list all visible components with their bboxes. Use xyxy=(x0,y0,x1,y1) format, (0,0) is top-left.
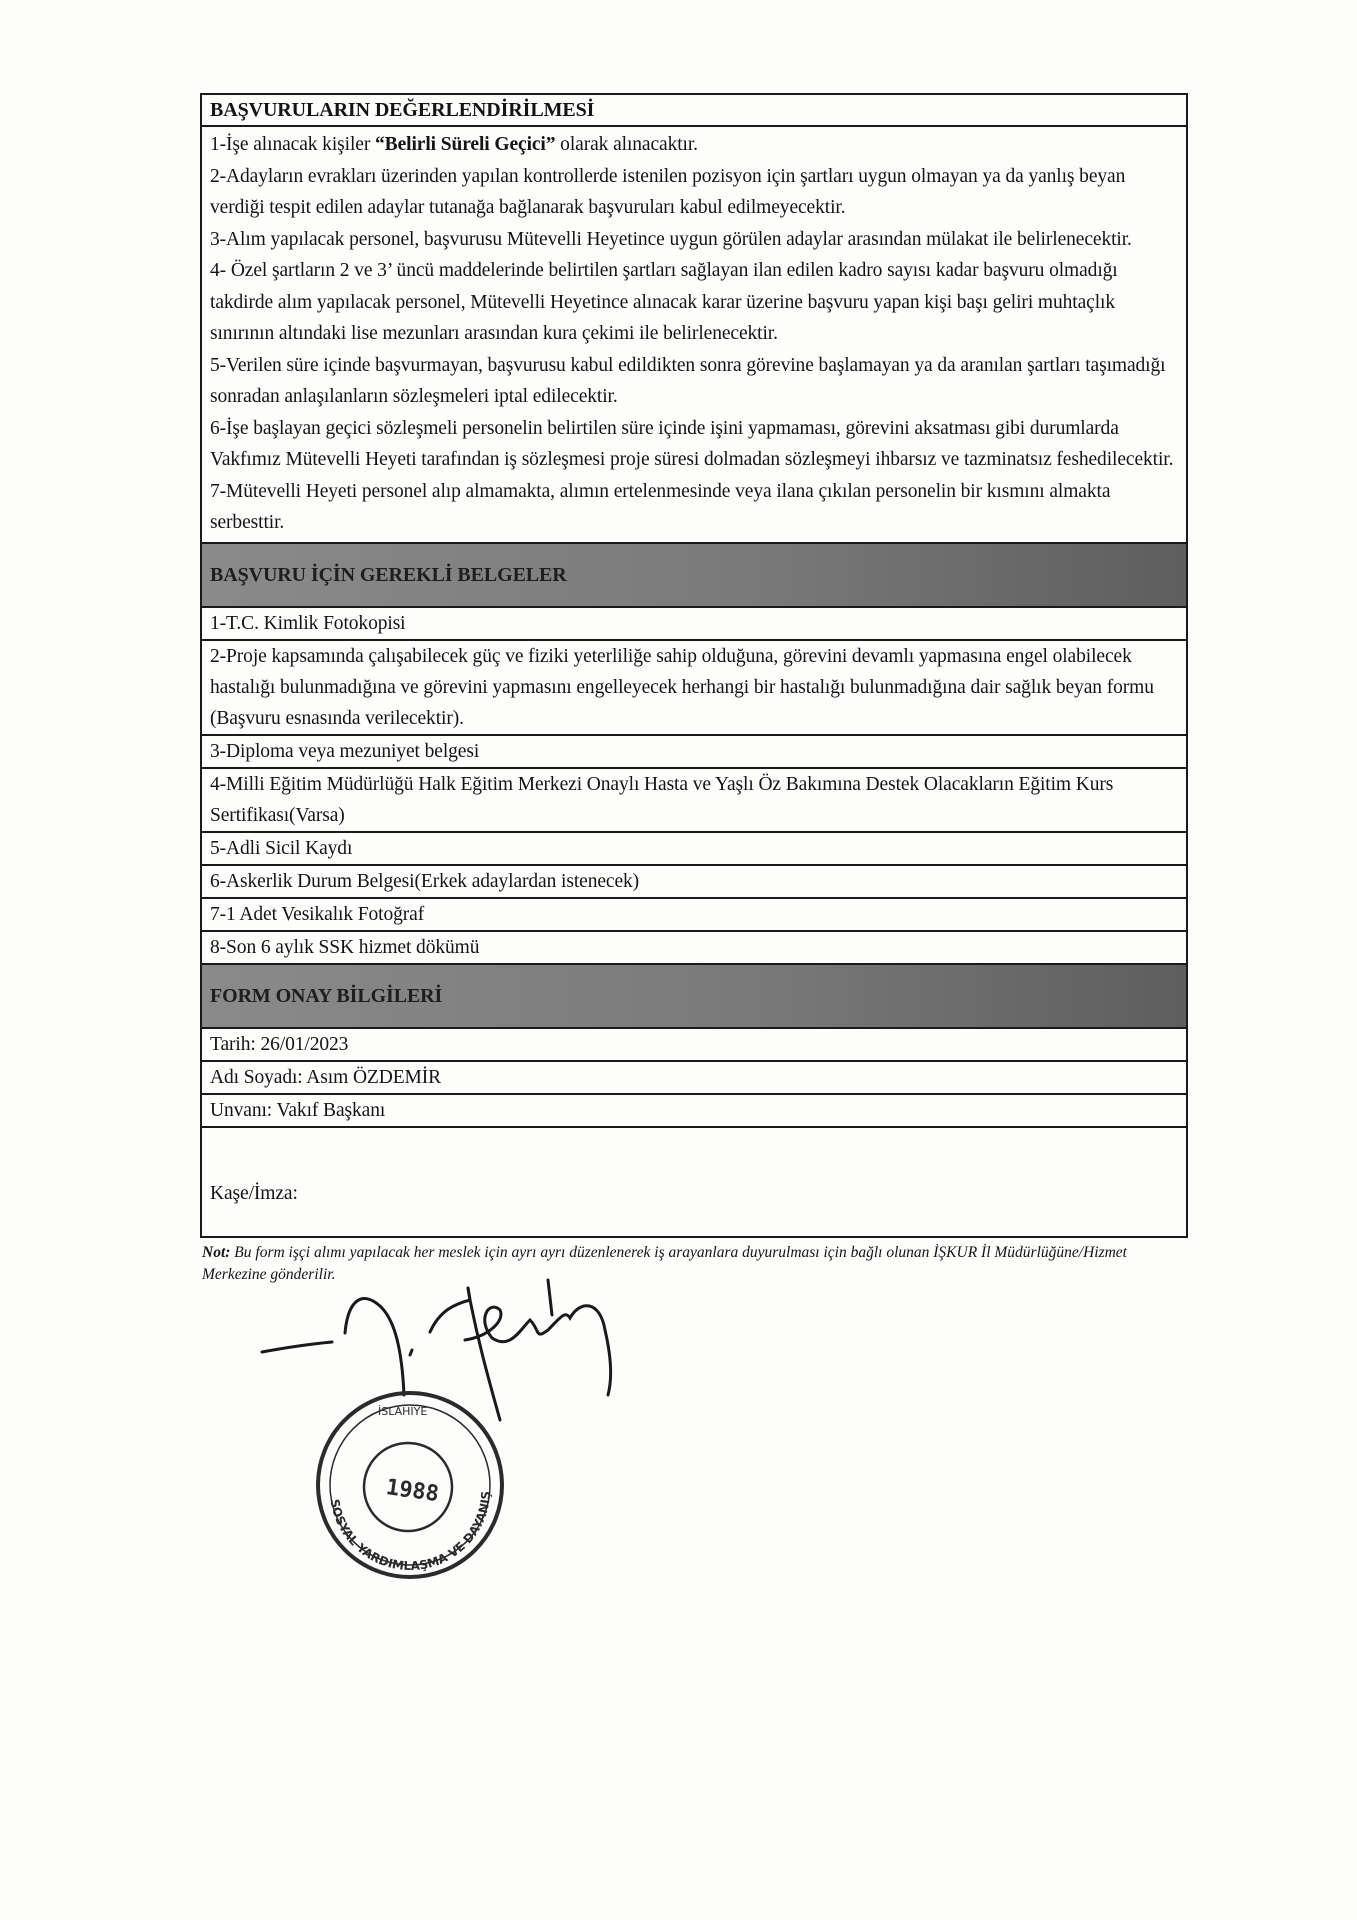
approver-title: Unvanı: Vakıf Başkanı xyxy=(202,1095,1186,1128)
approval-date: Tarih: 26/01/2023 xyxy=(202,1029,1186,1062)
evaluation-item: 2-Adayların evrakları üzerinden yapılan … xyxy=(210,161,1178,224)
handwritten-signature-icon xyxy=(262,1280,611,1420)
document-item: 6-Askerlik Durum Belgesi(Erkek adaylarda… xyxy=(202,866,1186,899)
evaluation-item-text: 1-İşe alınacak kişiler xyxy=(210,134,375,155)
document-item: 7-1 Adet Vesikalık Fotoğraf xyxy=(202,899,1186,932)
evaluation-item: 5-Verilen süre içinde başvurmayan, başvu… xyxy=(210,350,1178,413)
footnote: Not: Bu form işçi alımı yapılacak her me… xyxy=(200,1242,1188,1286)
documents-section-title: BAŞVURU İÇİN GEREKLİ BELGELER xyxy=(202,544,1186,608)
evaluation-item: 6-İşe başlayan geçici sözleşmeli persone… xyxy=(210,413,1178,476)
form-table: BAŞVURULARIN DEĞERLENDİRİLMESİ 1-İşe alı… xyxy=(200,93,1188,1238)
approval-section-title: FORM ONAY BİLGİLERİ xyxy=(202,965,1186,1029)
signature-label: Kaşe/İmza: xyxy=(210,1178,298,1209)
evaluation-item: 7-Mütevelli Heyeti personel alıp almamak… xyxy=(210,476,1178,539)
document-item: 1-T.C. Kimlik Fotokopisi xyxy=(202,608,1186,641)
evaluation-item: 3-Alım yapılacak personel, başvurusu Müt… xyxy=(210,224,1178,256)
evaluation-item-text: olarak alınacaktır. xyxy=(555,134,698,155)
svg-text:İSLAHİYE: İSLAHİYE xyxy=(378,1405,427,1418)
signature-row: Kaşe/İmza: xyxy=(202,1128,1186,1236)
document-item: 4-Milli Eğitim Müdürlüğü Halk Eğitim Mer… xyxy=(202,769,1186,833)
document-item: 5-Adli Sicil Kaydı xyxy=(202,833,1186,866)
evaluation-item: 4- Özel şartların 2 ve 3’ üncü maddeleri… xyxy=(210,255,1178,350)
evaluation-criteria-list: 1-İşe alınacak kişiler “Belirli Süreli G… xyxy=(202,127,1186,544)
evaluation-item: 1-İşe alınacak kişiler “Belirli Süreli G… xyxy=(210,129,1178,161)
contract-type-emphasis: “Belirli Süreli Geçici” xyxy=(375,134,555,155)
application-form-page: BAŞVURULARIN DEĞERLENDİRİLMESİ 1-İşe alı… xyxy=(200,93,1188,1286)
approver-name: Adı Soyadı: Asım ÖZDEMİR xyxy=(202,1062,1186,1095)
svg-text:1988: 1988 xyxy=(384,1475,440,1507)
footnote-label: Not: xyxy=(202,1244,230,1261)
document-item: 8-Son 6 aylık SSK hizmet dökümü xyxy=(202,932,1186,965)
document-item: 2-Proje kapsamında çalışabilecek güç ve … xyxy=(202,641,1186,736)
footnote-text: Bu form işçi alımı yapılacak her meslek … xyxy=(202,1244,1127,1283)
document-item: 3-Diploma veya mezuniyet belgesi xyxy=(202,736,1186,769)
evaluation-section-title: BAŞVURULARIN DEĞERLENDİRİLMESİ xyxy=(202,95,1186,127)
